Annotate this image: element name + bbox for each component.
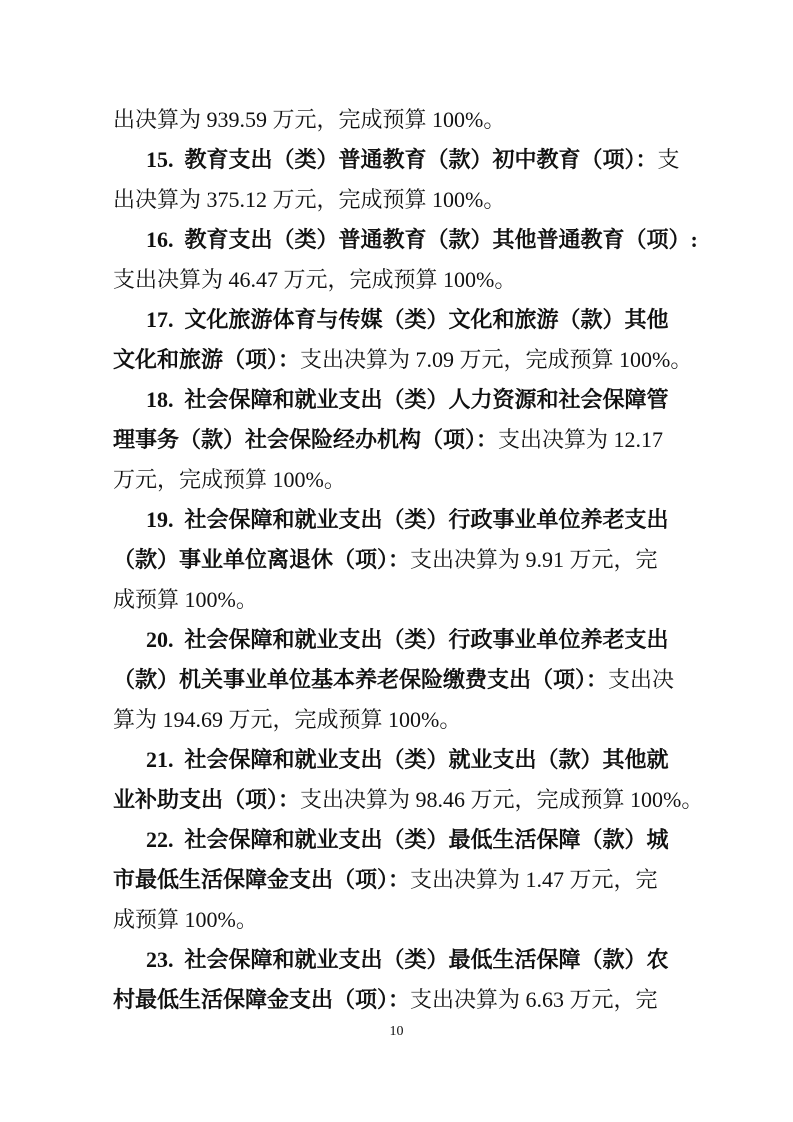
document-body: 出决算为 939.59 万元，完成预算 100%。15. 教育支出（类）普通教育…	[113, 100, 753, 1020]
text-line: 村最低生活保障金支出（项）：支出决算为 6.63 万元，完	[113, 980, 753, 1020]
heading-segment: 村最低生活保障金支出（项）：	[113, 987, 410, 1012]
body-segment: 支	[658, 147, 680, 172]
body-segment: 出决算为 375.12 万元，完成预算 100%。	[113, 187, 505, 212]
text-line: 出决算为 939.59 万元，完成预算 100%。	[113, 100, 753, 140]
text-line: （款）事业单位离退休（项）：支出决算为 9.91 万元，完	[113, 540, 753, 580]
heading-segment: 23. 社会保障和就业支出（类）最低生活保障（款）农	[146, 947, 669, 972]
text-line: 22. 社会保障和就业支出（类）最低生活保障（款）城	[113, 820, 753, 860]
text-line: 理事务（款）社会保险经办机构（项）：支出决算为 12.17	[113, 420, 753, 460]
text-line: 15. 教育支出（类）普通教育（款）初中教育（项）：支	[113, 140, 753, 180]
text-line: 文化和旅游（项）：支出决算为 7.09 万元，完成预算 100%。	[113, 340, 753, 380]
body-segment: 支出决算为 7.09 万元，完成预算 100%。	[300, 347, 692, 372]
page-number: 10	[0, 1022, 793, 1042]
text-line: 18. 社会保障和就业支出（类）人力资源和社会保障管	[113, 380, 753, 420]
text-line: 21. 社会保障和就业支出（类）就业支出（款）其他就	[113, 740, 753, 780]
heading-segment: 18. 社会保障和就业支出（类）人力资源和社会保障管	[146, 387, 669, 412]
body-segment: 支出决算为 12.17	[498, 427, 663, 452]
heading-segment: 22. 社会保障和就业支出（类）最低生活保障（款）城	[146, 827, 669, 852]
body-segment: 成预算 100%。	[113, 587, 258, 612]
body-segment: 成预算 100%。	[113, 907, 258, 932]
heading-segment: 理事务（款）社会保险经办机构（项）：	[113, 427, 498, 452]
text-line: 万元，完成预算 100%。	[113, 460, 753, 500]
heading-segment: 文化和旅游（项）：	[113, 347, 300, 372]
heading-segment: 19. 社会保障和就业支出（类）行政事业单位养老支出	[146, 507, 669, 532]
text-line: 业补助支出（项）：支出决算为 98.46 万元，完成预算 100%。	[113, 780, 753, 820]
body-segment: 算为 194.69 万元，完成预算 100%。	[113, 707, 461, 732]
heading-segment: 21. 社会保障和就业支出（类）就业支出（款）其他就	[146, 747, 669, 772]
body-segment: 出决算为 939.59 万元，完成预算 100%。	[113, 107, 505, 132]
text-line: 市最低生活保障金支出（项）：支出决算为 1.47 万元，完	[113, 860, 753, 900]
text-line: 20. 社会保障和就业支出（类）行政事业单位养老支出	[113, 620, 753, 660]
body-segment: 支出决算为 6.63 万元，完	[410, 987, 658, 1012]
text-line: 23. 社会保障和就业支出（类）最低生活保障（款）农	[113, 940, 753, 980]
body-segment: 支出决算为 46.47 万元，完成预算 100%。	[113, 267, 516, 292]
text-line: 算为 194.69 万元，完成预算 100%。	[113, 700, 753, 740]
text-line: 出决算为 375.12 万元，完成预算 100%。	[113, 180, 753, 220]
document-page: 出决算为 939.59 万元，完成预算 100%。15. 教育支出（类）普通教育…	[0, 0, 793, 1122]
body-segment: 支出决	[608, 667, 674, 692]
heading-segment: （款）事业单位离退休（项）：	[113, 547, 410, 572]
heading-segment: （款）机关事业单位基本养老保险缴费支出（项）：	[113, 667, 608, 692]
heading-segment: 16. 教育支出（类）普通教育（款）其他普通教育（项）:	[146, 227, 698, 252]
text-line: 成预算 100%。	[113, 580, 753, 620]
text-line: 19. 社会保障和就业支出（类）行政事业单位养老支出	[113, 500, 753, 540]
heading-segment: 20. 社会保障和就业支出（类）行政事业单位养老支出	[146, 627, 669, 652]
text-line: （款）机关事业单位基本养老保险缴费支出（项）：支出决	[113, 660, 753, 700]
heading-segment: 市最低生活保障金支出（项）：	[113, 867, 410, 892]
text-line: 成预算 100%。	[113, 900, 753, 940]
text-line: 16. 教育支出（类）普通教育（款）其他普通教育（项）:	[113, 220, 753, 260]
body-segment: 支出决算为 1.47 万元，完	[410, 867, 658, 892]
heading-segment: 17. 文化旅游体育与传媒（类）文化和旅游（款）其他	[146, 307, 669, 332]
body-segment: 支出决算为 98.46 万元，完成预算 100%。	[300, 787, 703, 812]
text-line: 支出决算为 46.47 万元，完成预算 100%。	[113, 260, 753, 300]
heading-segment: 15. 教育支出（类）普通教育（款）初中教育（项）：	[146, 147, 658, 172]
heading-segment: 业补助支出（项）：	[113, 787, 300, 812]
text-line: 17. 文化旅游体育与传媒（类）文化和旅游（款）其他	[113, 300, 753, 340]
body-segment: 支出决算为 9.91 万元，完	[410, 547, 658, 572]
body-segment: 万元，完成预算 100%。	[113, 467, 346, 492]
